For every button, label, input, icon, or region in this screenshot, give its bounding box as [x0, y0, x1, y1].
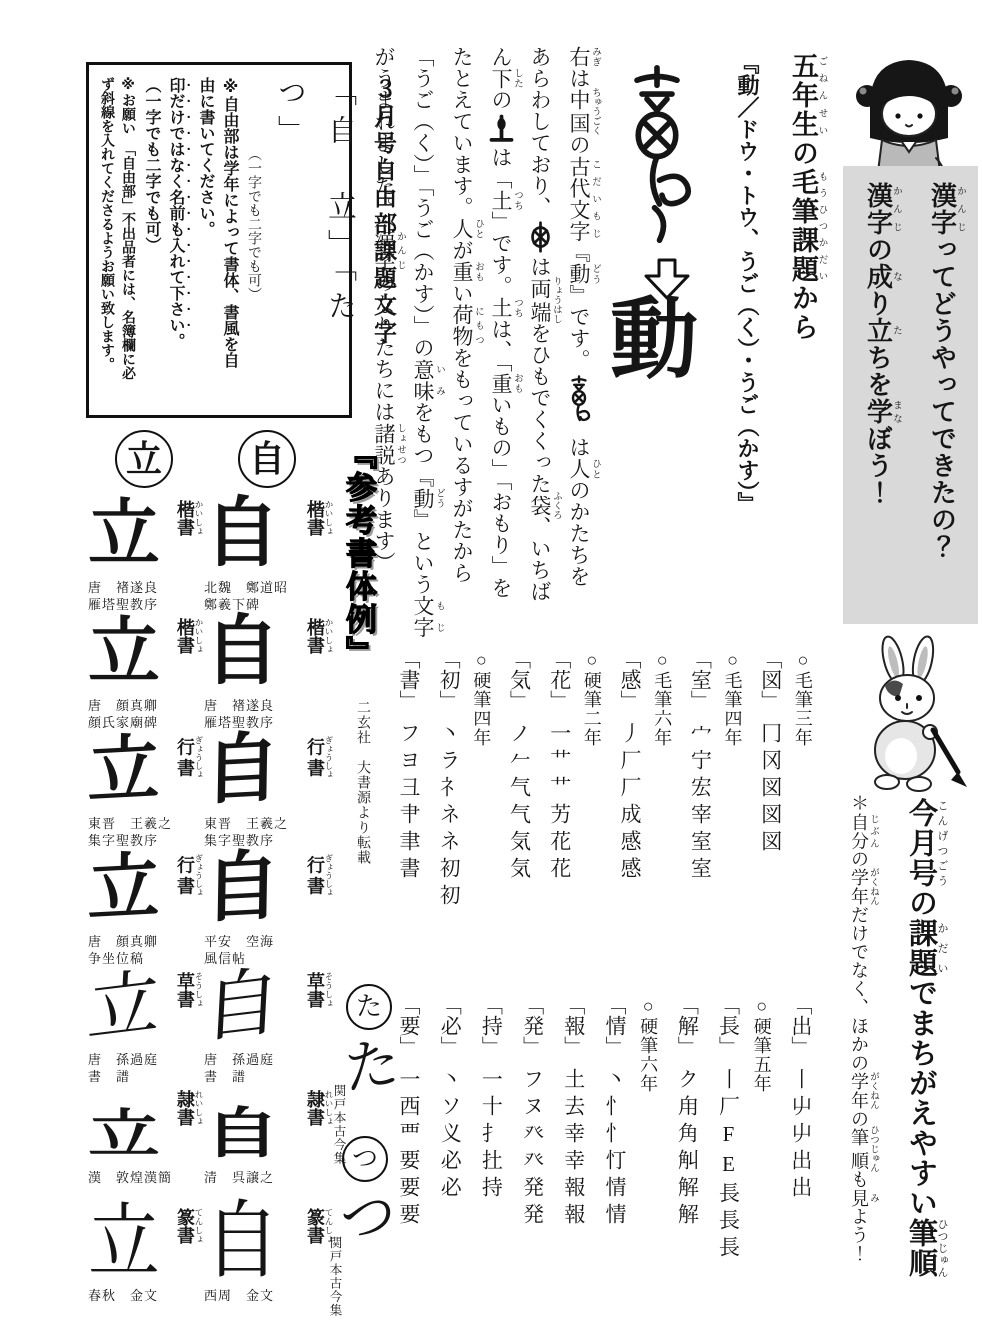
stroke-kanji-label: 「初」: [437, 648, 461, 711]
stroke-kanji-label: 「必」: [438, 994, 462, 1057]
sample-glyph-kaisho: 立: [88, 494, 160, 574]
stroke-year-header: ○毛筆三年: [790, 648, 816, 992]
body-column-5: 「うご（く）」「うご（かす）」の意味いみをもつ『動どう』という文字もじ: [405, 46, 444, 658]
stroke-kanji-label: 「情」: [603, 994, 627, 1057]
sample-attribution: 唐 孫過庭書 譜: [204, 1052, 274, 1085]
stroke-step: 室: [688, 830, 712, 851]
stroke-order-必: 「必」丶ソ义必必: [429, 994, 465, 1332]
stroke-order-情: 「情」丶忄忄忊情情: [594, 994, 630, 1332]
style-label: 楷書かいしょ: [172, 618, 204, 654]
stroke-step: 発: [521, 1203, 545, 1224]
stroke-step: 𠂉: [508, 749, 532, 770]
stroke-step: 彐: [397, 776, 421, 797]
stroke-step: 室: [688, 857, 712, 878]
stroke-year-header: ○硬筆二年: [579, 648, 605, 992]
modern-kanji-dou: 動: [610, 296, 698, 388]
stroke-step: 気: [508, 857, 532, 878]
stroke-kanji-label: 「室」: [688, 648, 712, 711]
sample-glyph-gyosho: 立: [87, 728, 161, 812]
sample-attribution: 唐 褚遂良雁塔聖教序: [88, 580, 158, 613]
earth-glyph-icon: [488, 111, 515, 147]
stroke-step: 甪: [675, 1095, 699, 1116]
notice-title: ３月号自由部課題文字: [365, 77, 401, 403]
body-column-4: たとえています。人ひとが重おもい荷物にもつをもっているすがたから: [444, 46, 483, 658]
calligraphy-sample: 立楷書かいしょ唐 褚遂良雁塔聖教序: [86, 498, 202, 616]
stroke-step: 要: [397, 1203, 421, 1224]
stroke-step: 花: [548, 830, 572, 851]
stroke-step: ラ: [437, 749, 461, 770]
stroke-kanji-label: 「発」: [521, 994, 545, 1057]
stroke-step: ネ: [437, 803, 461, 824]
stroke-step: 解: [675, 1176, 699, 1197]
stroke-step: 忄: [603, 1095, 627, 1116]
style-label: 隷書れいしょ: [172, 1090, 204, 1126]
stroke-order-図: 「図」冂冈図図図: [750, 648, 786, 992]
stroke-step: 屮: [789, 1122, 813, 1143]
stroke-step: 肀: [397, 803, 421, 824]
bundle-glyph-icon: [527, 218, 554, 256]
sample-attribution: 東晋 王羲之集字聖教序: [88, 816, 172, 849]
stroke-order-持: 「持」一十扌扗持: [470, 994, 506, 1332]
notice-line-6: ず斜線を入れてくださるようお願い致します。: [97, 77, 118, 403]
stroke-order-花: 「花」一艹艹艻花花: [539, 648, 575, 992]
sample-attribution: 北魏 鄭道昭鄭羲下碑: [204, 580, 288, 613]
stroke-step: 幸: [562, 1122, 586, 1143]
calligraphy-sample: 自隷書れいしょ清 呉譲之: [202, 1088, 332, 1206]
stroke-step: 丶: [437, 722, 461, 743]
stroke-step: 幸: [562, 1149, 586, 1170]
stroke-step: 覀: [397, 1122, 421, 1143]
stroke-kanji-label: 「報」: [562, 994, 586, 1057]
sample-attribution: 唐 顔真卿争坐位稿: [88, 934, 158, 967]
style-label: 草書そうしょ: [172, 972, 204, 1008]
calligraphy-column-ji: 自自楷書かいしょ北魏 鄭道昭鄭羲下碑自楷書かいしょ唐 褚遂良雁塔聖教序自行書ぎょ…: [202, 430, 332, 1324]
stroke-step: 持: [479, 1176, 503, 1197]
stroke-order-block-1: ○毛筆三年「図」冂冈図図図○毛筆四年「室」宀宁宏宰室室○毛筆六年「感」丿厂厂成感…: [388, 648, 816, 992]
sample-glyph-sosho: 自: [201, 962, 282, 1051]
stroke-order-報: 「報」土去幸幸報報: [553, 994, 589, 1332]
stroke-step: 丨: [717, 1068, 741, 1089]
stroke-kanji-label: 「長」: [717, 994, 741, 1057]
calligraphy-sample: 自草書そうしょ唐 孫過庭書 譜: [202, 970, 332, 1088]
stroke-step: E: [717, 1152, 741, 1176]
kana-source: 関戸本古今集: [326, 1236, 344, 1317]
stroke-step: 花: [548, 857, 572, 878]
calligraphy-sample: 自楷書かいしょ北魏 鄭道昭鄭羲下碑: [202, 498, 332, 616]
stroke-order-出: 「出」丨屮屮出出: [780, 994, 816, 1332]
headline-subtitle: 『動／ドウ・トウ、うご（く）・うご（かす）』: [722, 52, 772, 538]
sample-glyph-reisho: 立: [88, 1105, 160, 1163]
reference-title: 『参考書体例』: [336, 438, 381, 698]
stroke-step: 一: [548, 722, 572, 743]
stroke-step: フ: [397, 722, 421, 743]
stroke-step: 宏: [688, 776, 712, 797]
sample-glyph-gyosho: 自: [203, 846, 281, 930]
stroke-step: 長: [717, 1209, 741, 1230]
notice-line-2: 由に書いてください。: [193, 77, 217, 403]
notice-line-3: 印だけではなく名前も入れて下さい。: [163, 77, 193, 403]
stroke-year-header: ○硬筆六年: [635, 994, 661, 1332]
stroke-order-室: 「室」宀宁宏宰室室: [679, 648, 715, 992]
stroke-step: 要: [397, 1176, 421, 1197]
calligraphy-sample: 立行書ぎょうしょ唐 顔真卿争坐位稿: [86, 852, 202, 970]
stroke-step: 艻: [548, 803, 572, 824]
stroke-step: 艹: [548, 776, 572, 797]
stroke-step: 宰: [688, 803, 712, 824]
stroke-step: 丨: [789, 1068, 813, 1089]
stroke-order-section-title: 今月号こんげつごうの課題かだいでまちがえやすい筆順ひつじゅん: [901, 798, 948, 1332]
assignment-notice-box: ３月号自由部課題文字 「自 立」「た つ」 （一字でも二字でも可） ※自由部は学…: [86, 62, 352, 418]
stroke-kanji-label: 「気」: [508, 648, 532, 711]
style-label: 篆書てんしょ: [172, 1208, 204, 1244]
stroke-step: 長: [717, 1182, 741, 1203]
stroke-order-section-note: ＊自分じぶんの学年がくねんだけでなく、ほかの学年がくねんの筆順ひつじゅんも見みよ…: [846, 794, 878, 1332]
stroke-step: 厂: [717, 1095, 741, 1116]
stroke-step: 忊: [603, 1149, 627, 1170]
body-column-1: 右みぎは中国ちゅうごくの古代文字こだいもじ『動どう』です。は人ひとのかたちを: [561, 46, 600, 658]
stroke-step: 気: [508, 830, 532, 851]
sample-attribution: 春秋 金文: [88, 1288, 158, 1305]
stroke-step: 初: [437, 857, 461, 878]
body-column-3: ん下したのは「土つち」です。土つちは、「重おもいもの」「おもり」を: [483, 46, 522, 658]
stroke-step: 一: [397, 1068, 421, 1089]
stroke-step: 西: [397, 1095, 421, 1116]
stroke-order-初: 「初」丶ラ礻ネネ初初: [428, 648, 464, 992]
stroke-step: ク: [675, 1068, 699, 1089]
stroke-step: ソ: [438, 1095, 462, 1116]
stroke-year-header: ○毛筆四年: [720, 648, 746, 992]
stroke-step: 必: [438, 1149, 462, 1170]
stroke-order-要: 「要」一西覀要要要: [388, 994, 424, 1332]
sample-attribution: 漢 敦煌漢簡: [88, 1170, 172, 1187]
circled-kana-た: た: [346, 984, 392, 1030]
calligraphy-sample: 立行書ぎょうしょ東晋 王羲之集字聖教序: [86, 734, 202, 852]
stroke-step: 厂: [618, 749, 642, 770]
stroke-step: 報: [562, 1176, 586, 1197]
circled-kanji-立: 立: [115, 430, 173, 488]
stroke-step: 一: [479, 1068, 503, 1089]
stroke-order-書: 「書」フヨ彐肀聿書: [388, 648, 424, 992]
stroke-kanji-label: 「要」: [397, 994, 421, 1057]
stroke-kanji-label: 「持」: [479, 994, 503, 1057]
style-label: 楷書かいしょ: [302, 618, 334, 654]
calligraphy-sample: 自篆書てんしょ西周 金文: [202, 1206, 332, 1324]
stroke-step: 角: [675, 1122, 699, 1143]
stroke-year-header: ○硬筆四年: [468, 648, 494, 992]
sample-attribution: 西周 金文: [204, 1288, 274, 1305]
stroke-kanji-label: 「書」: [397, 648, 421, 711]
stroke-step: F: [717, 1122, 741, 1146]
stroke-step: 図: [759, 803, 783, 824]
stroke-step: 感: [618, 857, 642, 878]
stroke-step: ネ: [437, 830, 461, 851]
sample-attribution: 唐 顔真卿顔氏家廟碑: [88, 698, 158, 731]
stroke-step: 气: [508, 776, 532, 797]
stroke-step: 土: [562, 1068, 586, 1089]
stroke-step: 要: [397, 1149, 421, 1170]
stroke-step: 冂: [759, 722, 783, 743]
stroke-step: 艹: [548, 749, 572, 770]
calligraphy-sample: 立楷書かいしょ唐 顔真卿顔氏家廟碑: [86, 616, 202, 734]
stroke-step: 礻: [437, 776, 461, 797]
sample-glyph-reisho: 自: [204, 1105, 280, 1163]
stroke-kanji-label: 「花」: [548, 648, 572, 711]
sample-glyph-kaisho: 立: [88, 612, 160, 692]
sample-glyph-gyosho: 自: [203, 728, 281, 812]
stroke-step: ヌ: [521, 1095, 545, 1116]
stroke-step: 扌: [479, 1122, 503, 1143]
sample-glyph-gyosho: 立: [87, 846, 161, 930]
style-label: 行書ぎょうしょ: [302, 736, 334, 779]
stroke-order-block-2: 「出」丨屮屮出出○硬筆五年「長」丨厂FE長長長「解」ク甪角觓解解○硬筆六年「情」…: [388, 994, 816, 1332]
stroke-step: フ: [521, 1068, 545, 1089]
banner-text: 漢字かんじってどうやってできたの？漢字かんじの成なり立たちを学まなぼう！: [847, 166, 975, 612]
rabbit-with-brush-illustration: [841, 634, 976, 799]
stroke-step: 情: [603, 1176, 627, 1197]
style-label: 行書ぎょうしょ: [172, 736, 204, 779]
stroke-order-長: 「長」丨厂FE長長長: [708, 994, 744, 1332]
sample-attribution: 清 呉譲之: [204, 1170, 274, 1187]
assignment-notice-content: ３月号自由部課題文字 「自 立」「た つ」 （一字でも二字でも可） ※自由部は学…: [97, 77, 401, 403]
sample-attribution: 唐 孫過庭書 譜: [88, 1052, 158, 1085]
stroke-step: 觓: [675, 1149, 699, 1170]
style-label: 草書そうしょ: [302, 972, 334, 1008]
calligraphy-sample: 自行書ぎょうしょ東晋 王羲之集字聖教序: [202, 734, 332, 852]
stroke-order-発: 「発」フヌ癶癶発発: [512, 994, 548, 1332]
sample-glyph-kaisho: 自: [204, 494, 280, 574]
calligraphy-sample: 自楷書かいしょ唐 褚遂良雁塔聖教序: [202, 616, 332, 734]
stroke-step: 出: [789, 1176, 813, 1197]
ancient-dou-glyph-small: [564, 371, 594, 437]
kana-script-glyph: つ: [339, 1183, 394, 1255]
calligraphy-sample: 立篆書てんしょ春秋 金文: [86, 1206, 202, 1324]
stroke-step: 去: [562, 1095, 586, 1116]
notice-subject: 「自 立」「た つ」: [265, 77, 365, 403]
stroke-step: 义: [438, 1122, 462, 1143]
stroke-step: 十: [479, 1095, 503, 1116]
notice-line-5: ※お願い 「自由部」不出品者には、名簿欄に必: [118, 77, 139, 403]
stroke-step: 出: [789, 1149, 813, 1170]
stroke-step: 冈: [759, 749, 783, 770]
calligraphy-sample: 立草書そうしょ唐 孫過庭書 譜: [86, 970, 202, 1088]
stroke-step: 書: [397, 857, 421, 878]
stroke-step: 初: [437, 884, 461, 905]
sample-glyph-tensho: 自: [204, 1197, 280, 1287]
stroke-step: 聿: [397, 830, 421, 851]
stroke-step: 丶: [438, 1068, 462, 1089]
stroke-step: 報: [562, 1203, 586, 1224]
stroke-step: 解: [675, 1203, 699, 1224]
stroke-step: 成: [618, 803, 642, 824]
stroke-step: 図: [759, 830, 783, 851]
sample-glyph-tensho: 立: [88, 1197, 160, 1287]
body-text: 右みぎは中国ちゅうごくの古代文字こだいもじ『動どう』です。は人ひとのかたちをあら…: [386, 46, 600, 658]
stroke-step: 癶: [521, 1149, 545, 1170]
kana-example-tsu: つつ関戸本古今集: [330, 1136, 394, 1332]
circled-kanji-自: 自: [238, 430, 296, 488]
stroke-kanji-label: 「感」: [618, 648, 642, 711]
banner-line-2: 漢字かんじの成なり立たちを学まなぼう！: [847, 182, 911, 612]
banner: 漢字かんじってどうやってできたの？漢字かんじの成なり立たちを学まなぼう！: [843, 166, 978, 624]
stroke-kanji-label: 「解」: [675, 994, 699, 1057]
stroke-order-解: 「解」ク甪角觓解解: [666, 994, 702, 1332]
headline-title: 五年生ごねんせいの毛筆課題もうひつかだいから: [772, 52, 834, 538]
calligraphy-column-tachi: 立立楷書かいしょ唐 褚遂良雁塔聖教序立楷書かいしょ唐 顔真卿顔氏家廟碑立行書ぎょ…: [86, 430, 202, 1324]
stroke-year-header: ○硬筆五年: [749, 994, 775, 1332]
banner-line-1: 漢字かんじってどうやってできたの？: [911, 182, 975, 612]
stroke-step: 癶: [521, 1122, 545, 1143]
stroke-step: 屮: [789, 1095, 813, 1116]
notice-subject-note: （一字でも二字でも可）: [241, 77, 265, 403]
style-label: 楷書かいしょ: [172, 500, 204, 536]
sample-glyph-sosho: 立: [85, 962, 162, 1050]
stroke-step: 図: [759, 776, 783, 797]
circled-kana-つ: つ: [342, 1136, 388, 1182]
stroke-kanji-label: 「出」: [789, 994, 813, 1057]
notice-line-1: ※自由部は学年によって書体、書風を自: [217, 77, 241, 403]
calligraphy-sample: 自行書ぎょうしょ平安 空海風信帖: [202, 852, 332, 970]
stroke-step: 発: [521, 1176, 545, 1197]
stroke-step: 感: [618, 830, 642, 851]
stroke-step: 必: [438, 1176, 462, 1197]
stroke-step: 丿: [618, 722, 642, 743]
stroke-order-感: 「感」丿厂厂成感感: [609, 648, 645, 992]
stroke-step: ヨ: [397, 749, 421, 770]
stroke-step: 宁: [688, 749, 712, 770]
notice-line-4: （一字でも二字でも可）: [139, 77, 163, 403]
stroke-step: 丶: [603, 1068, 627, 1089]
style-label: 楷書かいしょ: [302, 500, 334, 536]
style-label: 行書ぎょうしょ: [302, 854, 334, 897]
stroke-step: ノ: [508, 722, 532, 743]
stroke-kanji-label: 「図」: [759, 648, 783, 711]
calligraphy-sample: 立隷書れいしょ漢 敦煌漢簡: [86, 1088, 202, 1206]
stroke-step: 長: [717, 1236, 741, 1257]
stroke-step: 情: [603, 1203, 627, 1224]
stroke-step: 扗: [479, 1149, 503, 1170]
stroke-step: 厂: [618, 776, 642, 797]
body-column-2: あらわしており、は両端りょうはしをひもでくくった袋ふくろ、いちば: [522, 46, 561, 658]
stroke-order-気: 「気」ノ𠂉气气気気: [499, 648, 535, 992]
sample-glyph-kaisho: 自: [204, 612, 280, 692]
stroke-step: 忄: [603, 1122, 627, 1143]
newsletter-page: 漢字かんじってどうやってできたの？漢字かんじの成なり立たちを学まなぼう！ 五年生…: [0, 0, 982, 1332]
stroke-year-header: ○毛筆六年: [649, 648, 675, 992]
headline: 五年生ごねんせいの毛筆課題もうひつかだいから 『動／ドウ・トウ、うご（く）・うご…: [722, 52, 834, 538]
stroke-step: 气: [508, 803, 532, 824]
reference-credit: 二玄社 大書源より転載: [352, 700, 372, 920]
ancient-dou-glyph: [612, 56, 702, 257]
stroke-step: 宀: [688, 722, 712, 743]
style-label: 行書ぎょうしょ: [172, 854, 204, 897]
